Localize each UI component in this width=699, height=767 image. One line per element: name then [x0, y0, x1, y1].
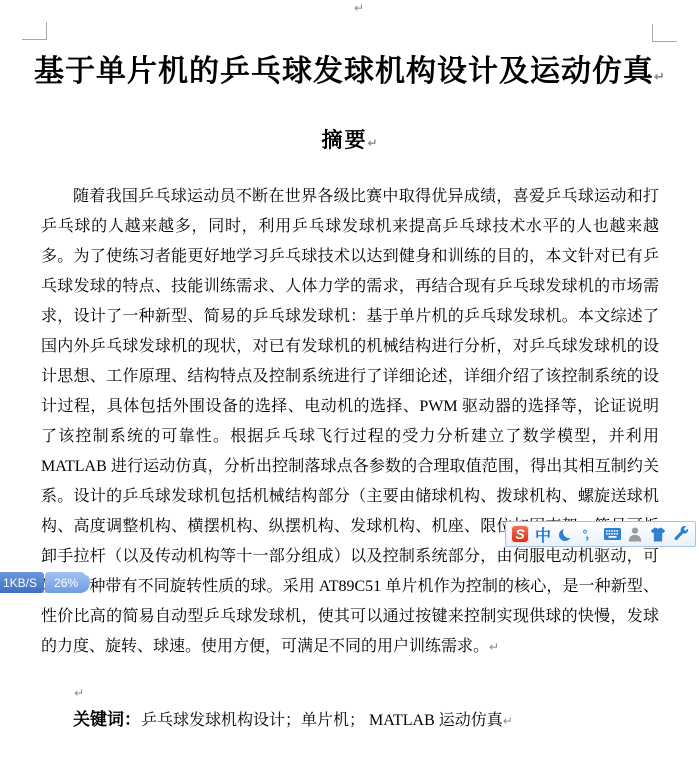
chinese-mode-button[interactable]: 中	[533, 523, 553, 545]
document-page: ↵ 基于单片机的乒乓球发球机构设计及运动仿真↵ 摘要↵ 随着我国乒乓球运动员不断…	[0, 0, 699, 767]
soft-keyboard-button[interactable]	[602, 523, 622, 545]
document-title-text: 基于单片机的乒乓球发球机构设计及运动仿真	[34, 55, 654, 88]
abstract-paragraph-text: 随着我国乒乓球运动员不断在世界各级比赛中取得优异成绩，喜爱乒乓球运动和打乒乓球的…	[41, 188, 659, 655]
paragraph-mark: ↵	[354, 1, 364, 15]
paragraph-mark: ↵	[489, 640, 499, 654]
keywords-text: 乒乓球发球机构设计；单片机； MATLAB 运动仿真	[141, 712, 503, 729]
sogou-logo-icon: S	[511, 525, 529, 543]
download-speed-label: 1KB/S	[3, 576, 37, 590]
skin-button[interactable]	[648, 523, 668, 545]
abstract-paragraph: 随着我国乒乓球运动员不断在世界各级比赛中取得优异成绩，喜爱乒乓球运动和打乒乓球的…	[41, 182, 659, 662]
margin-corner-mark-top-right	[652, 24, 677, 42]
paragraph-mark: ↵	[74, 686, 84, 700]
moon-icon	[563, 526, 575, 538]
margin-corner-mark-top-left	[22, 22, 47, 40]
ime-logo-button[interactable]: S	[510, 523, 530, 545]
wrench-icon	[673, 526, 689, 542]
keywords-label: 关键词：	[73, 710, 141, 729]
fullwidth-mode-button[interactable]	[556, 523, 576, 545]
paragraph-mark: ↵	[367, 136, 377, 150]
account-button[interactable]	[625, 523, 645, 545]
page-title: 基于单片机的乒乓球发球机构设计及运动仿真↵	[0, 52, 699, 98]
download-progress-badge[interactable]: 1KB/S 26%	[0, 572, 90, 593]
download-progress-label: 26%	[54, 576, 78, 590]
paragraph-mark: ↵	[503, 714, 513, 728]
chinese-mode-label: 中	[535, 523, 551, 546]
person-icon	[628, 527, 642, 542]
keyboard-icon	[604, 528, 621, 540]
keywords-line: 关键词：乒乓球发球机构设计；单片机； MATLAB 运动仿真↵	[41, 706, 659, 735]
punctuation-icon: °，	[583, 529, 596, 539]
ime-toolbar[interactable]: S 中 °，	[505, 521, 696, 547]
download-progress-segment: 26%	[45, 572, 90, 593]
punctuation-mode-button[interactable]: °，	[579, 523, 599, 545]
tshirt-icon	[650, 527, 666, 542]
abstract-heading-text: 摘要	[321, 128, 367, 152]
toolbox-button[interactable]	[671, 523, 691, 545]
abstract-heading: 摘要↵	[0, 125, 699, 158]
paragraph-mark: ↵	[654, 70, 665, 85]
download-speed-segment: 1KB/S	[0, 572, 44, 593]
